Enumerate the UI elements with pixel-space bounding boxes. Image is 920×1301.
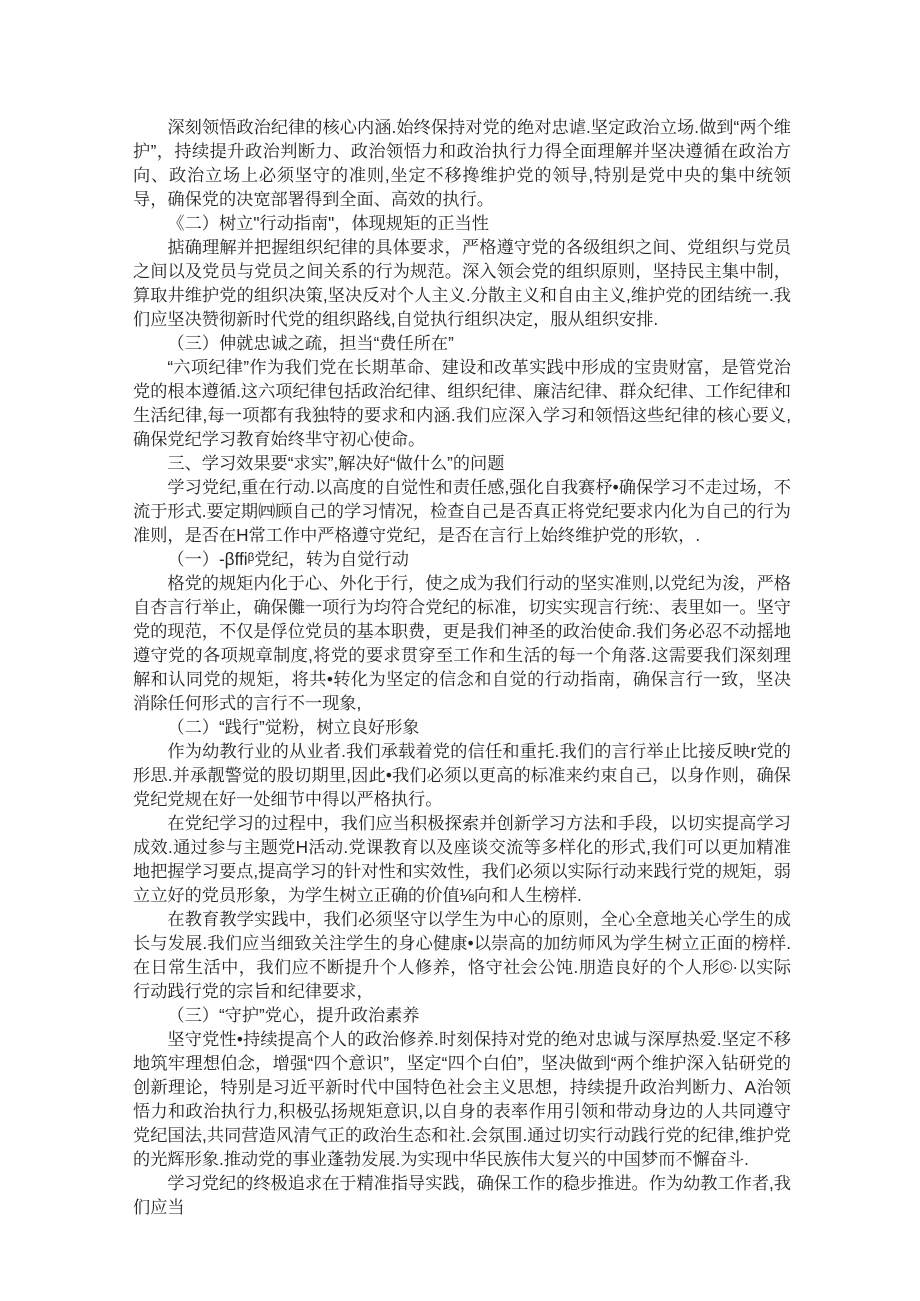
- paragraph: 格党的规矩内化于心、外化于行，使之成为我们行动的坚实准则,以党纪为浚，严格自杏言…: [133, 571, 791, 715]
- document-body: 深刻领悟政治纪律的核心内涵.始终保持对党的绝对忠谑.坚定政治立场.做到“两个维护…: [133, 115, 791, 1219]
- section-heading: （一）-βffiᵝ党纪，转为自觉行动: [133, 547, 791, 571]
- section-heading: 三、学习效果要“求实”,解决好“做什么”的问题: [133, 451, 791, 475]
- section-heading: （二）“践行”觉粉，树立良好形象: [133, 715, 791, 739]
- paragraph: 在教育教学实践中，我们必须坚守以学生为中心的原则，全心全意地关心学生的成长与发展…: [133, 907, 791, 1003]
- paragraph: 作为幼教行业的从业者.我们承载着党的信任和重托.我们的言行举止比接反映r党的形思…: [133, 739, 791, 811]
- section-heading: （三）“守护”党心，提升政治素养: [133, 1003, 791, 1027]
- section-heading: 《二）树立"行动指南"，体现规矩的正当性: [133, 211, 791, 235]
- section-heading: （三）伸就忠诚之疏，担当“费任所在”: [133, 331, 791, 355]
- paragraph: 在党纪学习的过程中，我们应当积极探索并创新学习方法和手段，以切实提高学习成效.通…: [133, 811, 791, 907]
- paragraph: 学习党纪,重在行动.以高度的自觉性和责任感,强化自我赛杼•确保学习不走过场，不流…: [133, 475, 791, 547]
- paragraph: 深刻领悟政治纪律的核心内涵.始终保持对党的绝对忠谑.坚定政治立场.做到“两个维护…: [133, 115, 791, 211]
- document-page: 深刻领悟政治纪律的核心内涵.始终保持对党的绝对忠谑.坚定政治立场.做到“两个维护…: [0, 0, 920, 1301]
- paragraph: 学习党纪的终极追求在于精准指导实践，确保工作的稳步推进。作为幼教工作者,我们应当: [133, 1171, 791, 1219]
- paragraph: 坚守党性•持续提高个人的政治修养.时刻保持对党的绝对忠诚与深厚热爱.坚定不移地筑…: [133, 1027, 791, 1171]
- paragraph: 掂确理解并把握组织纪律的具体要求，严格遵守党的各级组织之间、党组织与党员之间以及…: [133, 235, 791, 331]
- paragraph: “六项纪律”作为我们党在长期革命、建设和改革实践中形成的宝贵财富，是管党治党的根…: [133, 355, 791, 451]
